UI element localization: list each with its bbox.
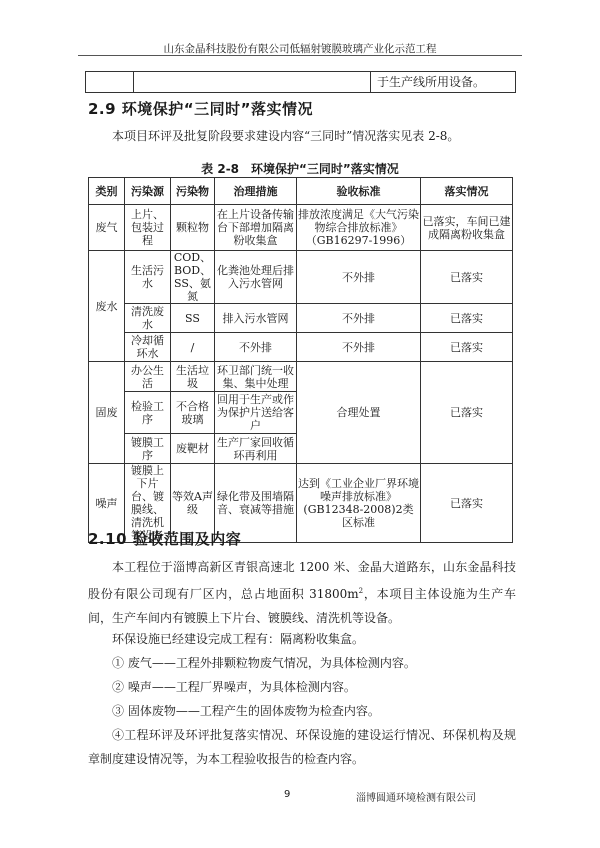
standard-cell: 不外排 [297, 251, 421, 304]
section-heading-2-10: 2.10 验收范围及内容 [88, 528, 241, 549]
list-item: ① 废气——工程外排颗粒物废气情况，为具体检测内容。 [88, 651, 516, 675]
table-header-row: 类别 污染源 污染物 治理措施 验收标准 落实情况 [89, 178, 513, 205]
list-item: ④工程环评及环评批复落实情况、环保设施的建设运行情况、环保机构及规章制度建设情况… [88, 723, 516, 771]
paragraph-location: 本工程位于淄博高新区青银高速北 1200 米、金晶大道路东，山东金晶科技股份有限… [88, 555, 516, 630]
table-cell [134, 72, 371, 93]
column-header: 落实情况 [421, 178, 513, 205]
category-cell: 固废 [89, 362, 125, 464]
source-cell: 检验工序 [125, 392, 171, 434]
table-cell [86, 72, 134, 93]
table-caption: 表 2-8 环境保护“三同时”落实情况 [0, 160, 600, 177]
footer-company: 淄博圆通环境检测有限公司 [356, 789, 476, 804]
source-cell: 生活污水 [125, 251, 171, 304]
source-cell: 办公生活 [125, 362, 171, 392]
table-row: 废气 上片、包装过程 颗粒物 在上片设备传输台下部增加隔离粉收集盒 排放浓度满足… [89, 205, 513, 251]
standard-cell: 不外排 [297, 304, 421, 333]
status-cell: 已落实 [421, 304, 513, 333]
table-row: 清洗废水 SS 排入污水管网 不外排 已落实 [89, 304, 513, 333]
table-cell: 于生产线所用设备。 [371, 72, 516, 93]
list-item: ③ 固体废物——工程产生的固体废物为检查内容。 [88, 699, 516, 723]
measure-cell: 生产厂家回收循环再利用 [215, 434, 297, 464]
paragraph-facilities: 环保设施已经建设完成工程有：隔离粉收集盒。 [88, 627, 516, 651]
section-heading-2-9: 2.9 环境保护“三同时”落实情况 [88, 98, 313, 119]
column-header: 污染物 [171, 178, 215, 205]
source-cell: 冷却循环水 [125, 333, 171, 362]
status-cell: 已落实 [421, 251, 513, 304]
column-header: 类别 [89, 178, 125, 205]
list-item: ② 噪声——工程厂界噪声，为具体检测内容。 [88, 675, 516, 699]
status-cell: 已落实 [421, 333, 513, 362]
running-header-title: 山东金晶科技股份有限公司低辐射镀膜玻璃产业化示范工程 [0, 41, 600, 56]
table-row: 废水 生活污水 COD、BOD、SS、氨氮 化粪池处理后排入污水管网 不外排 已… [89, 251, 513, 304]
standard-cell: 合理处置 [297, 362, 421, 464]
three-simultaneity-table: 类别 污染源 污染物 治理措施 验收标准 落实情况 废气 上片、包装过程 颗粒物… [88, 177, 513, 543]
table-row: 于生产线所用设备。 [86, 72, 516, 93]
standard-cell: 不外排 [297, 333, 421, 362]
column-header: 治理措施 [215, 178, 297, 205]
column-header: 污染源 [125, 178, 171, 205]
standard-cell: 达到《工业企业厂界环境噪声排放标准》(GB12348-2008)2类区标准 [297, 464, 421, 543]
measure-cell: 回用于生产或作为保护片送给客户 [215, 392, 297, 434]
source-cell: 清洗废水 [125, 304, 171, 333]
header-divider [78, 55, 522, 56]
measure-cell: 化粪池处理后排入污水管网 [215, 251, 297, 304]
pollutant-cell: 废靶材 [171, 434, 215, 464]
source-cell: 镀膜工序 [125, 434, 171, 464]
column-header: 验收标准 [297, 178, 421, 205]
pollutant-cell: 生活垃圾 [171, 362, 215, 392]
pollutant-cell: / [171, 333, 215, 362]
status-cell: 已落实，车间已建成隔离粉收集盒 [421, 205, 513, 251]
table-row: 冷却循环水 / 不外排 不外排 已落实 [89, 333, 513, 362]
page-number: 9 [284, 789, 290, 800]
pollutant-cell: 不合格玻璃 [171, 392, 215, 434]
table-row: 固废 办公生活 生活垃圾 环卫部门统一收集、集中处理 合理处置 已落实 [89, 362, 513, 392]
measure-cell: 环卫部门统一收集、集中处理 [215, 362, 297, 392]
measure-cell: 不外排 [215, 333, 297, 362]
measure-cell: 排入污水管网 [215, 304, 297, 333]
source-cell: 上片、包装过程 [125, 205, 171, 251]
standard-cell: 排放浓度满足《大气污染物综合排放标准》（GB16297-1996） [297, 205, 421, 251]
pollutant-cell: COD、BOD、SS、氨氮 [171, 251, 215, 304]
pollutant-cell: SS [171, 304, 215, 333]
pollutant-cell: 颗粒物 [171, 205, 215, 251]
status-cell: 已落实 [421, 464, 513, 543]
category-cell: 废水 [89, 251, 125, 362]
status-cell: 已落实 [421, 362, 513, 464]
continued-table-fragment: 于生产线所用设备。 [85, 71, 516, 93]
measure-cell: 在上片设备传输台下部增加隔离粉收集盒 [215, 205, 297, 251]
category-cell: 废气 [89, 205, 125, 251]
paragraph-intro: 本项目环评及批复阶段要求建设内容“三同时”情况落实见表 2-8。 [88, 124, 516, 148]
